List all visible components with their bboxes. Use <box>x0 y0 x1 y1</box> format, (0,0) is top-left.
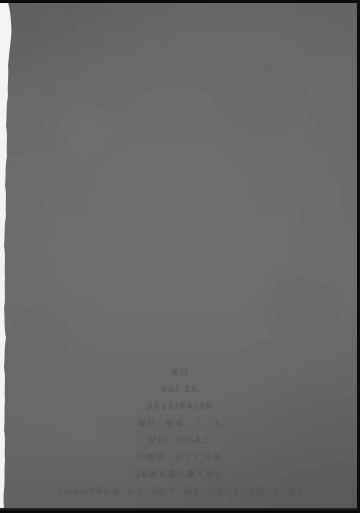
colophon-block: 奥付 Vol 35 2012/04/30 発行 街奏 こっ人 発行 OISAご … <box>0 364 360 500</box>
circle-line: 発行 OISAご <box>0 432 360 449</box>
publisher-line: 発行 街奏 こっ人 <box>0 415 360 432</box>
age-restriction-notice: 18歳未満の購入禁止 <box>0 466 360 483</box>
frame-edge-bottom <box>0 508 360 513</box>
publish-date: 2012/04/30 <box>0 398 360 415</box>
volume-label: Vol 35 <box>0 381 360 398</box>
copyright-notice: この本の無断転載・転売・再配布・翻訳・改変はこれを禁止とします <box>0 483 360 500</box>
colophon-title: 奥付 <box>0 364 360 381</box>
frame-edge-top <box>0 0 360 3</box>
margin-artifact: :: <box>11 264 25 270</box>
printer-line: 印刷所 ＰＩＣＯ様 <box>0 449 360 466</box>
scanned-page-viewport: :: 奥付 Vol 35 2012/04/30 発行 街奏 こっ人 発行 OIS… <box>0 0 360 513</box>
